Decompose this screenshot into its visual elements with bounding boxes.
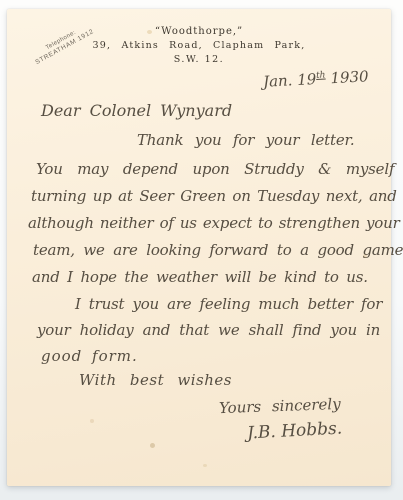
letterhead-postal-district: S.W. 12.: [7, 54, 391, 65]
body-line: although neither of us expect to strengt…: [28, 214, 400, 232]
letterhead: “Woodthorpe,” 39, Atkins Road, Clapham P…: [7, 26, 391, 65]
body-line: You may depend upon Struddy & myself: [36, 160, 394, 178]
photo-background: Telephone: STREATHAM 1912 “Woodthorpe,” …: [0, 0, 403, 500]
closing-line: With best wishes: [79, 371, 232, 389]
paper-speckle: [90, 419, 94, 423]
date-ordinal: th: [316, 70, 326, 80]
body-line: good form.: [41, 347, 138, 365]
date-line: Jan. 19th 1930: [263, 67, 369, 91]
paper-speckle: [150, 443, 155, 448]
body-line: I trust you are feeling much better for: [75, 295, 382, 313]
signature-jb-hobbs: J.B. Hobbs.: [247, 419, 343, 444]
letterhead-house-name: “Woodthorpe,”: [7, 26, 391, 37]
body-line: team, we are looking forward to a good g…: [33, 241, 403, 259]
body-line: and I hope the weather will be kind to u…: [32, 268, 368, 286]
date-month-day: Jan. 19: [263, 70, 317, 91]
letterhead-street-address: 39, Atkins Road, Clapham Park,: [7, 40, 391, 51]
body-line: turning up at Seer Green on Tuesday next…: [31, 187, 397, 205]
date-year: 1930: [330, 67, 369, 87]
salutation: Dear Colonel Wynyard: [41, 101, 232, 120]
letter-paper: Telephone: STREATHAM 1912 “Woodthorpe,” …: [7, 9, 391, 486]
valediction: Yours sincerely: [219, 395, 341, 417]
body-line: your holiday and that we shall find you …: [37, 321, 380, 339]
paper-speckle: [203, 464, 207, 467]
body-line: Thank you for your letter.: [137, 131, 354, 149]
